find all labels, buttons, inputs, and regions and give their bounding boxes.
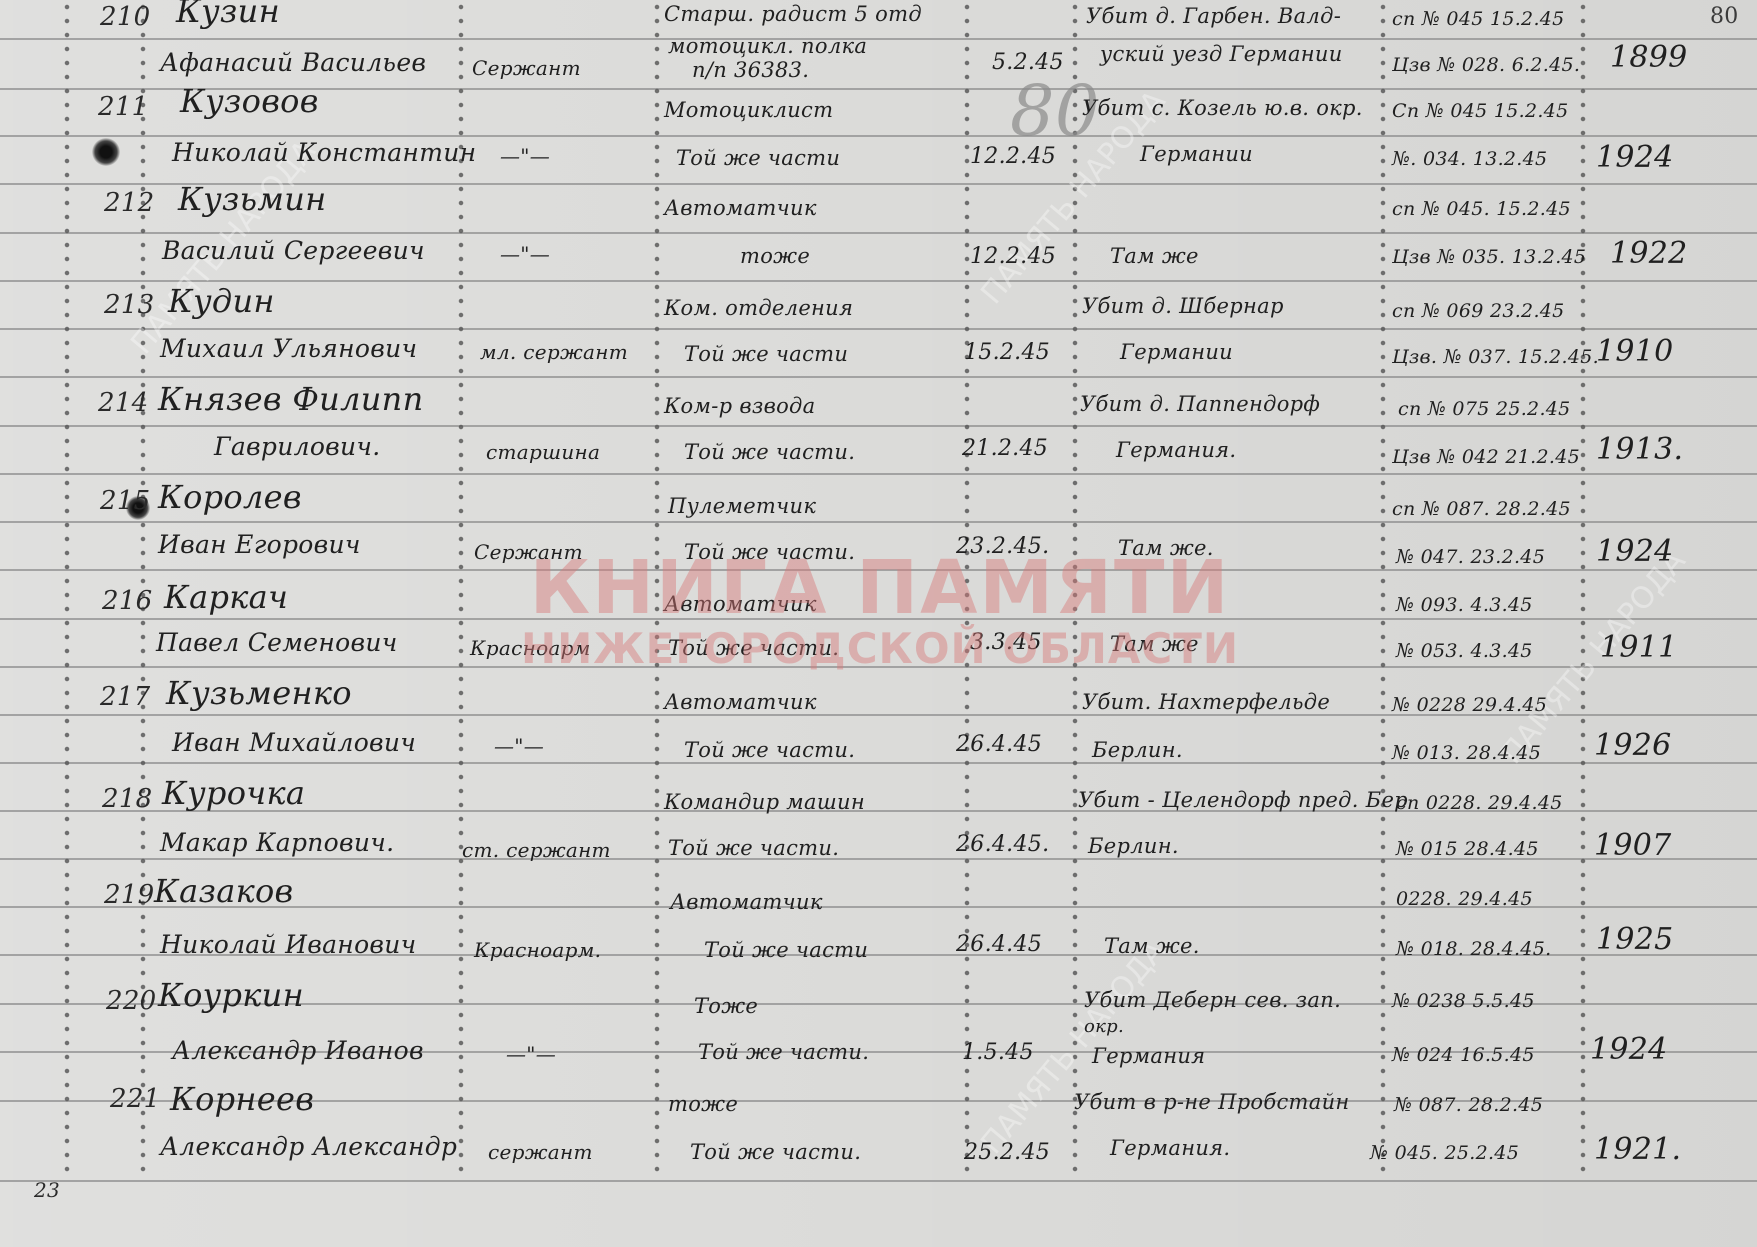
column-separator bbox=[964, 0, 970, 1180]
surname: Князев Филипп bbox=[158, 380, 424, 418]
record-number: 210 bbox=[100, 2, 151, 32]
ruled-line bbox=[0, 666, 1757, 668]
given-name: Гаврилович. bbox=[214, 432, 381, 461]
death-date: 12.2.45 bbox=[970, 244, 1056, 269]
column-separator bbox=[1072, 0, 1078, 1180]
rank: Сержант bbox=[472, 56, 581, 80]
document-ref: № 093. 4.3.45 bbox=[1396, 594, 1533, 616]
ruled-line bbox=[0, 425, 1757, 427]
death-place: Убит д. Паппендорф bbox=[1080, 392, 1320, 416]
death-place: окр. bbox=[1084, 1016, 1124, 1037]
column-separator bbox=[1380, 0, 1386, 1180]
birth-year: 1924 bbox=[1596, 534, 1674, 569]
birth-year: 1922 bbox=[1610, 236, 1688, 271]
birth-year: 1907 bbox=[1594, 828, 1672, 863]
given-name: Николай Константин bbox=[172, 138, 476, 167]
document-ref: 0228. 29.4.45 bbox=[1396, 888, 1533, 910]
position: Той же части bbox=[676, 146, 840, 170]
rank: ст. сержант bbox=[462, 838, 611, 862]
position: мотоцикл. полка bbox=[668, 34, 867, 58]
position: Автоматчик bbox=[670, 890, 823, 914]
position: п/п 36383. bbox=[692, 58, 809, 82]
record-number: 216 bbox=[102, 586, 153, 616]
document-ref: № 047. 23.2.45 bbox=[1396, 546, 1545, 568]
record-number: 221 bbox=[110, 1084, 161, 1114]
position: Той же части. bbox=[684, 738, 855, 762]
document-ref: Сп № 045 15.2.45 bbox=[1392, 100, 1568, 122]
document-ref: № 024 16.5.45 bbox=[1392, 1044, 1535, 1066]
surname: Корнеев bbox=[170, 1080, 314, 1118]
surname: Курочка bbox=[162, 774, 305, 812]
position: тоже bbox=[740, 244, 810, 268]
given-name: Александр Александр bbox=[160, 1132, 457, 1161]
death-date: 5.2.45 bbox=[992, 50, 1064, 75]
given-name: Афанасий Васильев bbox=[160, 48, 426, 77]
ruled-line bbox=[0, 473, 1757, 475]
death-place: Убит д. Гарбен. Валд- bbox=[1086, 4, 1341, 28]
position: Старш. радист 5 отд bbox=[664, 2, 922, 26]
record-number: 217 bbox=[100, 682, 151, 712]
given-name: Макар Карпович. bbox=[160, 828, 394, 857]
position: Той же части. bbox=[698, 1040, 869, 1064]
given-name: Павел Семенович bbox=[156, 628, 398, 657]
birth-year: 1899 bbox=[1610, 40, 1688, 75]
ruled-line bbox=[0, 376, 1757, 378]
document-ref: Цзв № 042 21.2.45 bbox=[1392, 446, 1580, 468]
document-ref: сп № 045 15.2.45 bbox=[1392, 8, 1565, 30]
document-ref: № 045. 25.2.45 bbox=[1370, 1142, 1519, 1164]
rank: —"— bbox=[506, 1042, 556, 1066]
position: Той же части bbox=[684, 342, 848, 366]
archive-page: ПАМЯТЬ НАРОДА ПАМЯТЬ НАРОДА ПАМЯТЬ НАРОД… bbox=[0, 0, 1757, 1247]
position: Пулеметчик bbox=[668, 494, 816, 518]
record-number: 213 bbox=[104, 290, 155, 320]
document-ref: Цзв. № 037. 15.2.45. bbox=[1392, 346, 1599, 368]
death-date: 26.4.45 bbox=[956, 732, 1042, 757]
death-place: Там же. bbox=[1104, 934, 1200, 958]
surname: Кузьмин bbox=[178, 180, 327, 218]
birth-year: 1924 bbox=[1596, 140, 1674, 175]
document-ref: № 013. 28.4.45 bbox=[1392, 742, 1541, 764]
column-separator bbox=[458, 0, 464, 1180]
record-number: 212 bbox=[104, 188, 155, 218]
position: тоже bbox=[668, 1092, 738, 1116]
rank: мл. сержант bbox=[480, 340, 628, 364]
ruled-line bbox=[0, 328, 1757, 330]
death-place: Германии bbox=[1120, 340, 1233, 364]
document-ref: сп № 075 25.2.45 bbox=[1398, 398, 1571, 420]
document-ref: № 087. 28.2.45 bbox=[1394, 1094, 1543, 1116]
birth-year: 1910 bbox=[1596, 334, 1674, 369]
ruled-line bbox=[0, 1180, 1757, 1182]
surname: Королев bbox=[158, 478, 302, 516]
death-place: Убит. Нахтерфельде bbox=[1082, 690, 1330, 714]
position: Автоматчик bbox=[664, 690, 817, 714]
death-date: 25.2.45 bbox=[964, 1140, 1050, 1165]
death-date: 15.2.45 bbox=[964, 340, 1050, 365]
birth-year: 1924 bbox=[1590, 1032, 1668, 1067]
surname: Кузьменко bbox=[166, 674, 352, 712]
surname: Кузовов bbox=[180, 82, 319, 120]
death-date: 3.3.45 bbox=[970, 630, 1042, 655]
given-name: Николай Иванович bbox=[160, 930, 417, 959]
document-ref: № 0238 5.5.45 bbox=[1392, 990, 1535, 1012]
column-separator bbox=[654, 0, 660, 1180]
surname: Коуркин bbox=[158, 976, 304, 1014]
document-ref: сп № 045. 15.2.45 bbox=[1392, 198, 1571, 220]
ruled-line bbox=[0, 135, 1757, 137]
record-number: 220 bbox=[106, 986, 157, 1016]
surname: Каркач bbox=[164, 578, 288, 616]
surname: Кузин bbox=[176, 0, 280, 30]
birth-year: 1926 bbox=[1594, 728, 1672, 763]
position: Автоматчик bbox=[664, 592, 817, 616]
ruled-line bbox=[0, 232, 1757, 234]
position: Той же части. bbox=[668, 836, 839, 860]
rank: Сержант bbox=[474, 540, 583, 564]
surname: Кудин bbox=[168, 282, 275, 320]
record-number: 211 bbox=[98, 92, 149, 122]
position: Командир машин bbox=[664, 790, 865, 814]
rank: Красноарм bbox=[470, 636, 591, 660]
rank: —"— bbox=[494, 734, 544, 758]
punch-hole bbox=[92, 138, 120, 166]
rank: —"— bbox=[500, 242, 550, 266]
ruled-line bbox=[0, 618, 1757, 620]
death-place: Убит в р-не Пробстайн bbox=[1074, 1090, 1350, 1114]
document-ref: № 015 28.4.45 bbox=[1396, 838, 1539, 860]
death-place: Берлин. bbox=[1088, 834, 1179, 858]
document-ref: Цзв № 035. 13.2.45 bbox=[1392, 246, 1586, 268]
death-place: Убит - Целендорф пред. Бер bbox=[1078, 788, 1408, 812]
death-date: 21.2.45 bbox=[962, 436, 1048, 461]
rank: —"— bbox=[500, 144, 550, 168]
given-name: Иван Михайлович bbox=[172, 728, 416, 757]
position: Той же части. bbox=[668, 636, 839, 660]
death-date: 1.5.45 bbox=[962, 1040, 1034, 1065]
death-place: Убит д. Шбернар bbox=[1082, 294, 1284, 318]
death-place: Там же. bbox=[1118, 536, 1214, 560]
rank: старшина bbox=[486, 440, 600, 464]
death-place: уский уезд Германии bbox=[1100, 42, 1343, 66]
document-ref: № 053. 4.3.45 bbox=[1396, 640, 1533, 662]
document-ref: №. 034. 13.2.45 bbox=[1392, 148, 1547, 170]
death-place: Германия. bbox=[1116, 438, 1236, 462]
rank: Красноарм. bbox=[474, 938, 601, 962]
rank: сержант bbox=[488, 1140, 593, 1164]
document-ref: сп № 087. 28.2.45 bbox=[1392, 498, 1571, 520]
death-date: 26.4.45 bbox=[956, 932, 1042, 957]
position: Той же части bbox=[704, 938, 868, 962]
position: Тоже bbox=[694, 994, 758, 1018]
death-date: 12.2.45 bbox=[970, 144, 1056, 169]
position: Ком. отделения bbox=[664, 296, 853, 320]
ruled-line bbox=[0, 38, 1757, 40]
document-ref: № 0228 29.4.45 bbox=[1392, 694, 1547, 716]
column-separator bbox=[64, 0, 70, 1180]
birth-year: 1921. bbox=[1594, 1132, 1681, 1167]
record-number: 215 bbox=[100, 486, 151, 516]
document-ref: Цзв № 028. 6.2.45. bbox=[1392, 54, 1580, 76]
footer-mark: 23 bbox=[34, 1178, 60, 1202]
death-place: Германии bbox=[1140, 142, 1253, 166]
page-number: 80 bbox=[1710, 4, 1739, 29]
death-place: Убит с. Козель ю.в. окр. bbox=[1082, 96, 1363, 120]
document-ref: сп 0228. 29.4.45 bbox=[1396, 792, 1563, 814]
position: Автоматчик bbox=[664, 196, 817, 220]
record-number: 214 bbox=[98, 388, 149, 418]
birth-year: 1911 bbox=[1600, 630, 1678, 665]
record-number: 218 bbox=[102, 784, 153, 814]
position: Той же части. bbox=[690, 1140, 861, 1164]
death-place: Берлин. bbox=[1092, 738, 1183, 762]
given-name: Михаил Ульянович bbox=[160, 334, 417, 363]
position: Мотоциклист bbox=[664, 98, 833, 122]
document-ref: № 018. 28.4.45. bbox=[1396, 938, 1551, 960]
death-date: 23.2.45. bbox=[956, 534, 1049, 559]
death-place: Там же bbox=[1110, 244, 1199, 268]
death-place: Германия bbox=[1092, 1044, 1205, 1068]
death-date: 26.4.45. bbox=[956, 832, 1049, 857]
death-place: Там же bbox=[1110, 632, 1199, 656]
position: Той же части. bbox=[684, 440, 855, 464]
given-name: Иван Егорович bbox=[158, 530, 361, 559]
document-ref: сп № 069 23.2.45 bbox=[1392, 300, 1565, 322]
given-name: Василий Сергеевич bbox=[162, 236, 425, 265]
watermark-line1: КНИГА ПАМЯТИ bbox=[470, 548, 1290, 628]
birth-year: 1913. bbox=[1596, 432, 1683, 467]
death-place: Убит Деберн сев. зап. bbox=[1084, 988, 1341, 1012]
death-place: Германия. bbox=[1110, 1136, 1230, 1160]
ruled-line bbox=[0, 521, 1757, 523]
surname: Казаков bbox=[154, 872, 293, 910]
birth-year: 1925 bbox=[1596, 922, 1674, 957]
column-separator bbox=[1580, 0, 1586, 1180]
record-number: 219 bbox=[104, 880, 155, 910]
position: Той же части. bbox=[684, 540, 855, 564]
ruled-line bbox=[0, 569, 1757, 571]
given-name: Александр Иванов bbox=[172, 1036, 424, 1065]
position: Ком-р взвода bbox=[664, 394, 816, 418]
